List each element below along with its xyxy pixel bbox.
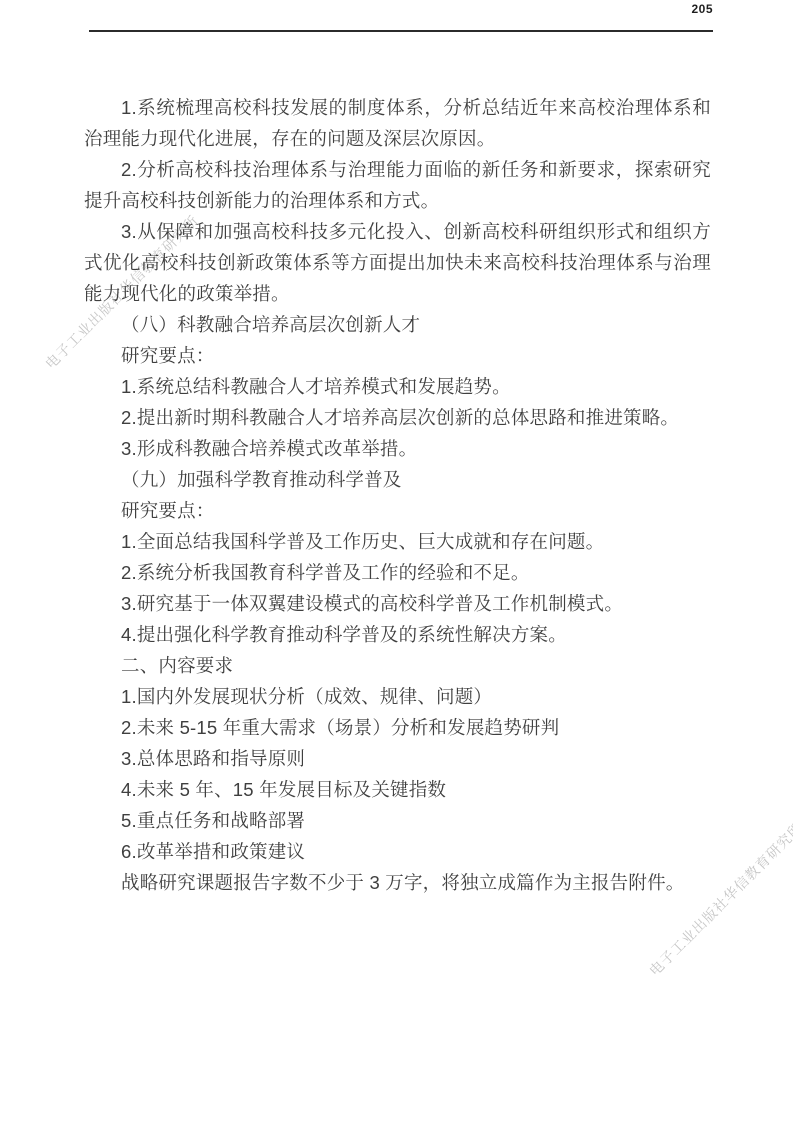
paragraph: 1.系统梳理高校科技发展的制度体系，分析总结近年来高校治理体系和治理能力现代化进… xyxy=(84,92,711,154)
paragraph: 5.重点任务和战略部署 xyxy=(84,805,711,836)
paragraph: 4.未来 5 年、15 年发展目标及关键指数 xyxy=(84,774,711,805)
paragraph: 二、内容要求 xyxy=(84,650,711,681)
paragraph: 战略研究课题报告字数不少于 3 万字，将独立成篇作为主报告附件。 xyxy=(84,867,711,898)
paragraph: 2.未来 5-15 年重大需求（场景）分析和发展趋势研判 xyxy=(84,712,711,743)
paragraph: 2.提出新时期科教融合人才培养高层次创新的总体思路和推进策略。 xyxy=(84,402,711,433)
paragraph: 3.研究基于一体双翼建设模式的高校科学普及工作机制模式。 xyxy=(84,588,711,619)
paragraph: 1.系统总结科教融合人才培养模式和发展趋势。 xyxy=(84,371,711,402)
paragraph: 4.提出强化科学教育推动科学普及的系统性解决方案。 xyxy=(84,619,711,650)
paragraph: 6.改革举措和政策建议 xyxy=(84,836,711,867)
paragraph: 3.从保障和加强高校科技多元化投入、创新高校科研组织形式和组织方式优化高校科技创… xyxy=(84,216,711,309)
paragraph: 2.分析高校科技治理体系与治理能力面临的新任务和新要求，探索研究提升高校科技创新… xyxy=(84,154,711,216)
paragraph: 1.国内外发展现状分析（成效、规律、问题） xyxy=(84,681,711,712)
paragraph: （九）加强科学教育推动科学普及 xyxy=(84,464,711,495)
paragraph: 1.全面总结我国科学普及工作历史、巨大成就和存在问题。 xyxy=(84,526,711,557)
paragraph: 2.系统分析我国教育科学普及工作的经验和不足。 xyxy=(84,557,711,588)
document-page: 205 电子工业出版社华信教育研究所 电子工业出版社华信教育研究所 1.系统梳理… xyxy=(0,0,793,1122)
page-number: 205 xyxy=(89,2,713,16)
document-body: 1.系统梳理高校科技发展的制度体系，分析总结近年来高校治理体系和治理能力现代化进… xyxy=(84,92,711,898)
paragraph: 研究要点： xyxy=(84,340,711,371)
paragraph: 3.形成科教融合培养模式改革举措。 xyxy=(84,433,711,464)
paragraph: （八）科教融合培养高层次创新人才 xyxy=(84,309,711,340)
paragraph: 研究要点： xyxy=(84,495,711,526)
paragraph: 3.总体思路和指导原则 xyxy=(84,743,711,774)
header-rule xyxy=(89,30,713,32)
